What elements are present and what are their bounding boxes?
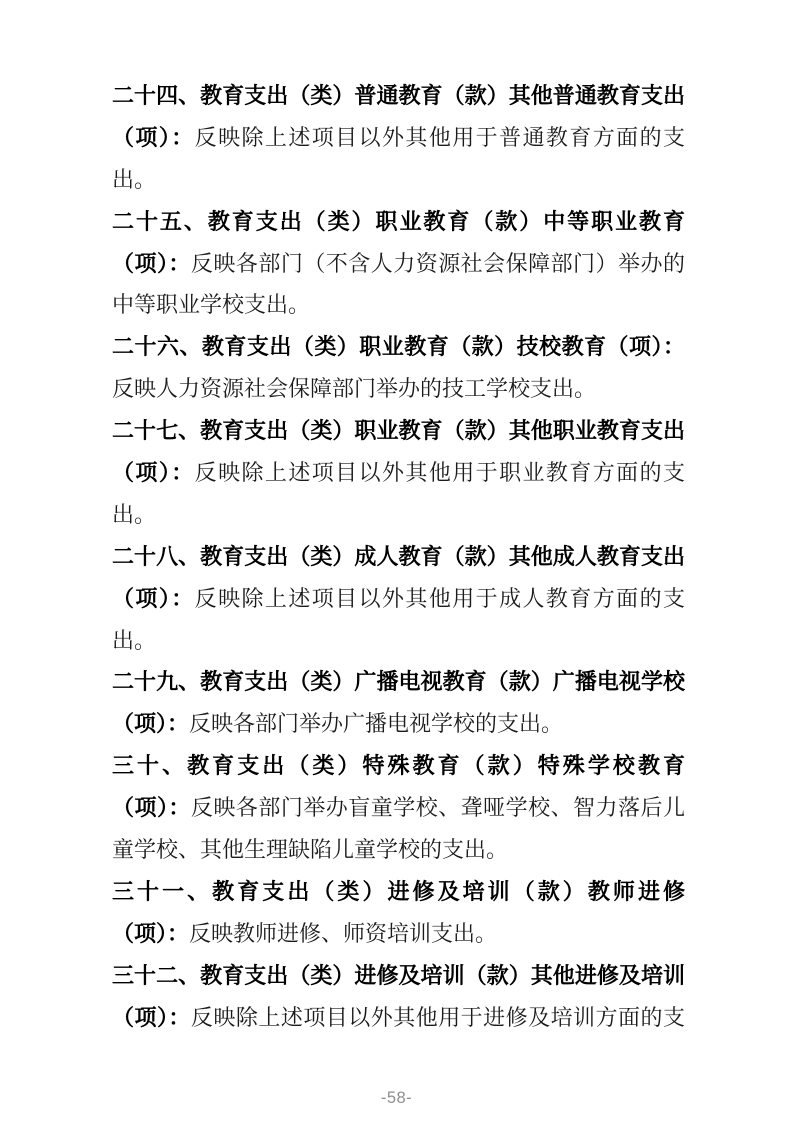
text-line: 童学校、其他生理缺陷儿童学校的支出。 — [112, 829, 685, 871]
text-line: 三十二、教育支出（类）进修及培训（款）其他进修及培训 — [112, 955, 685, 997]
text-line: 出。 — [112, 620, 685, 662]
bold-heading-segment: 三十、教育支出（类）特殊教育（款）特殊学校教育 — [112, 753, 685, 778]
document-body: 二十四、教育支出（类）普通教育（款）其他普通教育支出（项）：反映除上述项目以外其… — [112, 75, 685, 1038]
expenditure-item: 三十二、教育支出（类）进修及培训（款）其他进修及培训（项）：反映除上述项目以外其… — [112, 955, 685, 1039]
bold-heading-segment: 二十七、教育支出（类）职业教育（款）其他职业教育支出 — [112, 418, 685, 443]
bold-heading-segment: （项）： — [112, 795, 191, 820]
expenditure-item: 二十五、教育支出（类）职业教育（款）中等职业教育（项）：反映各部门（不含人力资源… — [112, 201, 685, 327]
body-text-segment: 出。 — [112, 167, 156, 192]
text-line: 三十一、教育支出（类）进修及培训（款）教师进修 — [112, 871, 685, 913]
body-text-segment: 出。 — [112, 628, 156, 653]
bold-heading-segment: 三十一、教育支出（类）进修及培训（款）教师进修 — [112, 879, 685, 904]
expenditure-item: 三十一、教育支出（类）进修及培训（款）教师进修（项）：反映教师进修、师资培训支出… — [112, 871, 685, 955]
body-text-segment: 反映各部门举办盲童学校、聋哑学校、智力落后儿 — [191, 795, 685, 820]
expenditure-item: 二十八、教育支出（类）成人教育（款）其他成人教育支出（项）：反映除上述项目以外其… — [112, 536, 685, 662]
bold-heading-segment: （项）： — [112, 251, 191, 276]
bold-heading-segment: 二十六、教育支出（类）职业教育（款）技校教育（项）： — [112, 334, 685, 359]
bold-heading-segment: 三十二、教育支出（类）进修及培训（款）其他进修及培训 — [112, 963, 685, 988]
text-line: 二十五、教育支出（类）职业教育（款）中等职业教育 — [112, 201, 685, 243]
body-text-segment: 出。 — [112, 502, 156, 527]
document-page: 二十四、教育支出（类）普通教育（款）其他普通教育支出（项）：反映除上述项目以外其… — [0, 0, 793, 1122]
bold-heading-segment: （项）： — [112, 711, 189, 736]
expenditure-item: 二十四、教育支出（类）普通教育（款）其他普通教育支出（项）：反映除上述项目以外其… — [112, 75, 685, 201]
bold-heading-segment: （项）： — [112, 586, 195, 611]
body-text-segment: 反映除上述项目以外其他用于进修及培训方面的支 — [191, 1005, 685, 1030]
text-line: 二十六、教育支出（类）职业教育（款）技校教育（项）： — [112, 326, 685, 368]
body-text-segment: 反映各部门举办广播电视学校的支出。 — [189, 711, 563, 736]
expenditure-item: 二十七、教育支出（类）职业教育（款）其他职业教育支出（项）：反映除上述项目以外其… — [112, 410, 685, 536]
text-line: 反映人力资源社会保障部门举办的技工学校支出。 — [112, 368, 685, 410]
bold-heading-segment: 二十九、教育支出（类）广播电视教育（款）广播电视学校 — [112, 669, 685, 694]
expenditure-item: 三十、教育支出（类）特殊教育（款）特殊学校教育（项）：反映各部门举办盲童学校、聋… — [112, 745, 685, 871]
bold-heading-segment: 二十八、教育支出（类）成人教育（款）其他成人教育支出 — [112, 544, 685, 569]
bold-heading-segment: 二十四、教育支出（类）普通教育（款）其他普通教育支出 — [112, 83, 685, 108]
bold-heading-segment: （项）： — [112, 1005, 191, 1030]
text-line: 中等职业学校支出。 — [112, 284, 685, 326]
body-text-segment: 反映人力资源社会保障部门举办的技工学校支出。 — [112, 376, 596, 401]
text-line: 二十四、教育支出（类）普通教育（款）其他普通教育支出 — [112, 75, 685, 117]
bold-heading-segment: （项）： — [112, 921, 189, 946]
text-line: 三十、教育支出（类）特殊教育（款）特殊学校教育 — [112, 745, 685, 787]
body-text-segment: 童学校、其他生理缺陷儿童学校的支出。 — [112, 837, 508, 862]
text-line: （项）：反映除上述项目以外其他用于普通教育方面的支 — [112, 117, 685, 159]
body-text-segment: 反映教师进修、师资培训支出。 — [189, 921, 497, 946]
text-line: 二十九、教育支出（类）广播电视教育（款）广播电视学校 — [112, 661, 685, 703]
text-line: 出。 — [112, 494, 685, 536]
body-text-segment: 反映各部门（不含人力资源社会保障部门）举办的 — [191, 251, 685, 276]
text-line: （项）：反映各部门举办盲童学校、聋哑学校、智力落后儿 — [112, 787, 685, 829]
bold-heading-segment: 二十五、教育支出（类）职业教育（款）中等职业教育 — [112, 209, 685, 234]
body-text-segment: 中等职业学校支出。 — [112, 292, 310, 317]
text-line: （项）：反映教师进修、师资培训支出。 — [112, 913, 685, 955]
text-line: 二十七、教育支出（类）职业教育（款）其他职业教育支出 — [112, 410, 685, 452]
page-number: -58- — [0, 1088, 793, 1108]
text-line: 出。 — [112, 159, 685, 201]
expenditure-item: 二十九、教育支出（类）广播电视教育（款）广播电视学校（项）：反映各部门举办广播电… — [112, 661, 685, 745]
bold-heading-segment: （项）： — [112, 460, 195, 485]
text-line: （项）：反映各部门（不含人力资源社会保障部门）举办的 — [112, 243, 685, 285]
text-line: （项）：反映除上述项目以外其他用于职业教育方面的支 — [112, 452, 685, 494]
text-line: （项）：反映除上述项目以外其他用于进修及培训方面的支 — [112, 997, 685, 1039]
text-line: （项）：反映除上述项目以外其他用于成人教育方面的支 — [112, 578, 685, 620]
text-line: 二十八、教育支出（类）成人教育（款）其他成人教育支出 — [112, 536, 685, 578]
text-line: （项）：反映各部门举办广播电视学校的支出。 — [112, 703, 685, 745]
bold-heading-segment: （项）： — [112, 125, 195, 150]
body-text-segment: 反映除上述项目以外其他用于职业教育方面的支 — [195, 460, 685, 485]
body-text-segment: 反映除上述项目以外其他用于普通教育方面的支 — [195, 125, 685, 150]
body-text-segment: 反映除上述项目以外其他用于成人教育方面的支 — [195, 586, 685, 611]
expenditure-item: 二十六、教育支出（类）职业教育（款）技校教育（项）：反映人力资源社会保障部门举办… — [112, 326, 685, 410]
